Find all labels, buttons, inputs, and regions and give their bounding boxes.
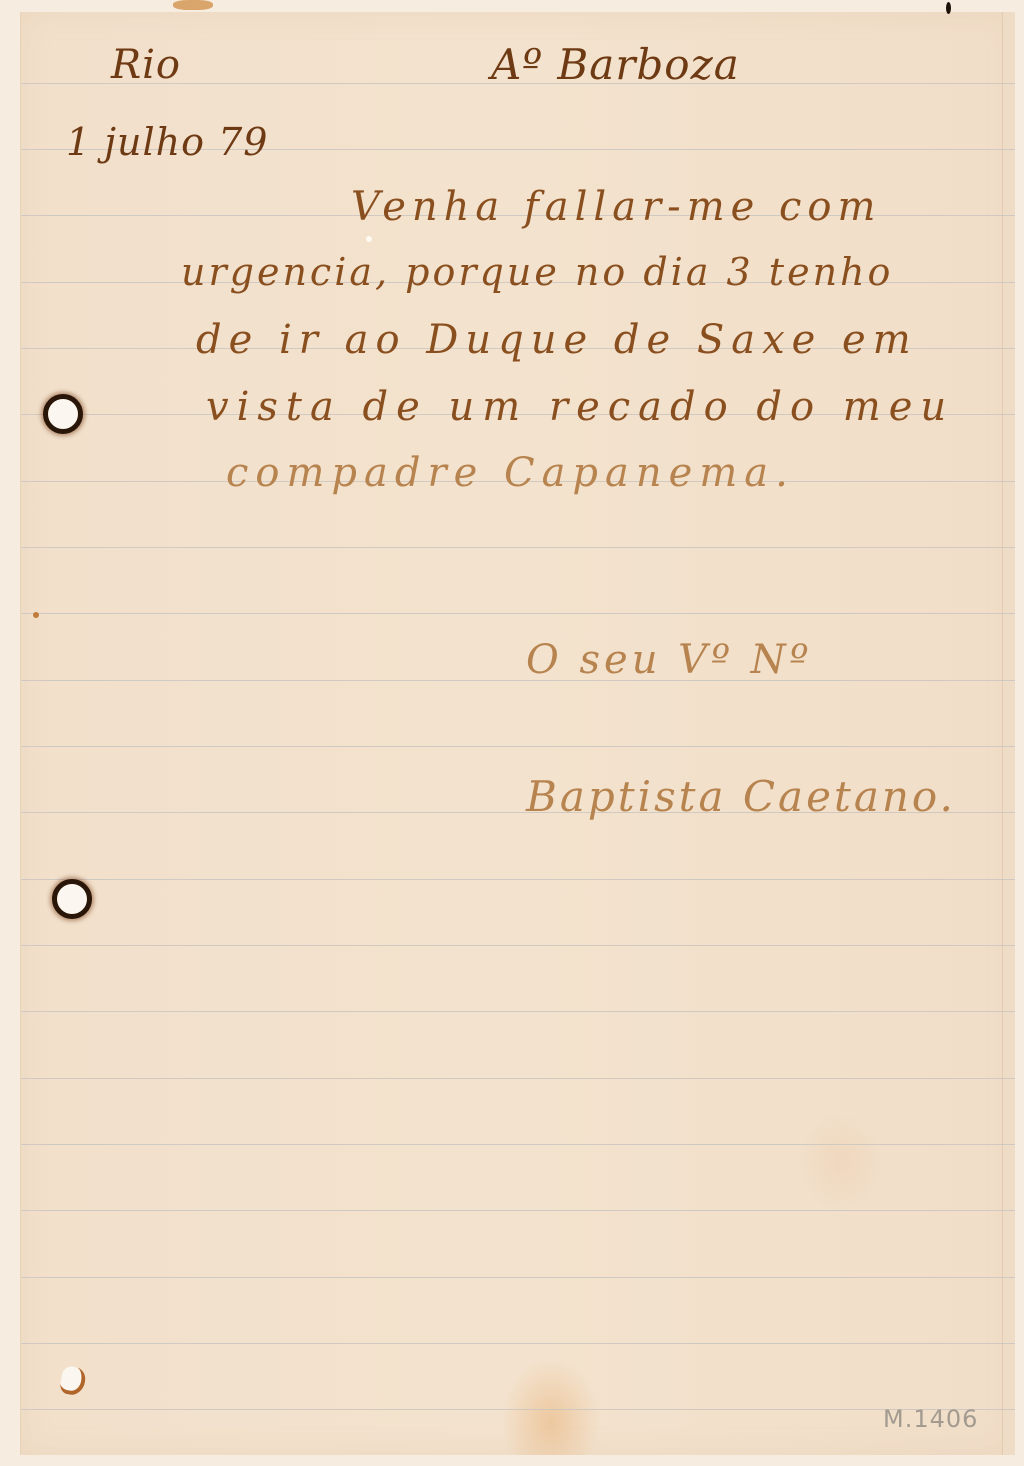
body-line-2: urgencia, porque no dia 3 tenho	[181, 250, 893, 294]
tape-remnant	[173, 0, 213, 10]
body-line-5: compadre Capanema.	[226, 450, 795, 496]
ruled-line	[21, 1210, 1015, 1211]
ink-mark	[946, 2, 951, 14]
signature: Baptista Caetano.	[526, 772, 956, 821]
edge-damage	[59, 1365, 87, 1397]
catalog-number: M.1406	[883, 1405, 978, 1433]
ruled-line	[21, 1409, 1015, 1410]
ruled-line	[21, 1144, 1015, 1145]
punch-hole	[52, 879, 92, 919]
ruled-line	[21, 613, 1015, 614]
body-line-3: de ir ao Duque de Saxe em	[196, 317, 918, 363]
valediction: O seu Vº Nº	[526, 637, 812, 683]
ruled-line	[21, 945, 1015, 946]
body-line-4: vista de um recado do meu	[206, 384, 954, 430]
ruled-line	[21, 1011, 1015, 1012]
paper-spot	[366, 236, 372, 242]
body-line-1: Venha fallar-me com	[351, 184, 881, 230]
ruled-line	[21, 680, 1015, 681]
ruled-line	[21, 1078, 1015, 1079]
letter-sheet: Rio Aº Barboza 1 julho 79 Venha fallar-m…	[20, 12, 1015, 1455]
punch-hole	[43, 394, 83, 434]
place-heading: Rio	[111, 42, 181, 88]
ink-spot	[33, 612, 39, 618]
ruled-line	[21, 547, 1015, 548]
ruled-line	[21, 746, 1015, 747]
ruled-line	[21, 1277, 1015, 1278]
date-line: 1 julho 79	[66, 120, 268, 164]
paper-edge-strip	[1002, 12, 1015, 1455]
addressee-heading: Aº Barboza	[491, 40, 740, 89]
ruled-line	[21, 879, 1015, 880]
ruled-line	[21, 1343, 1015, 1344]
